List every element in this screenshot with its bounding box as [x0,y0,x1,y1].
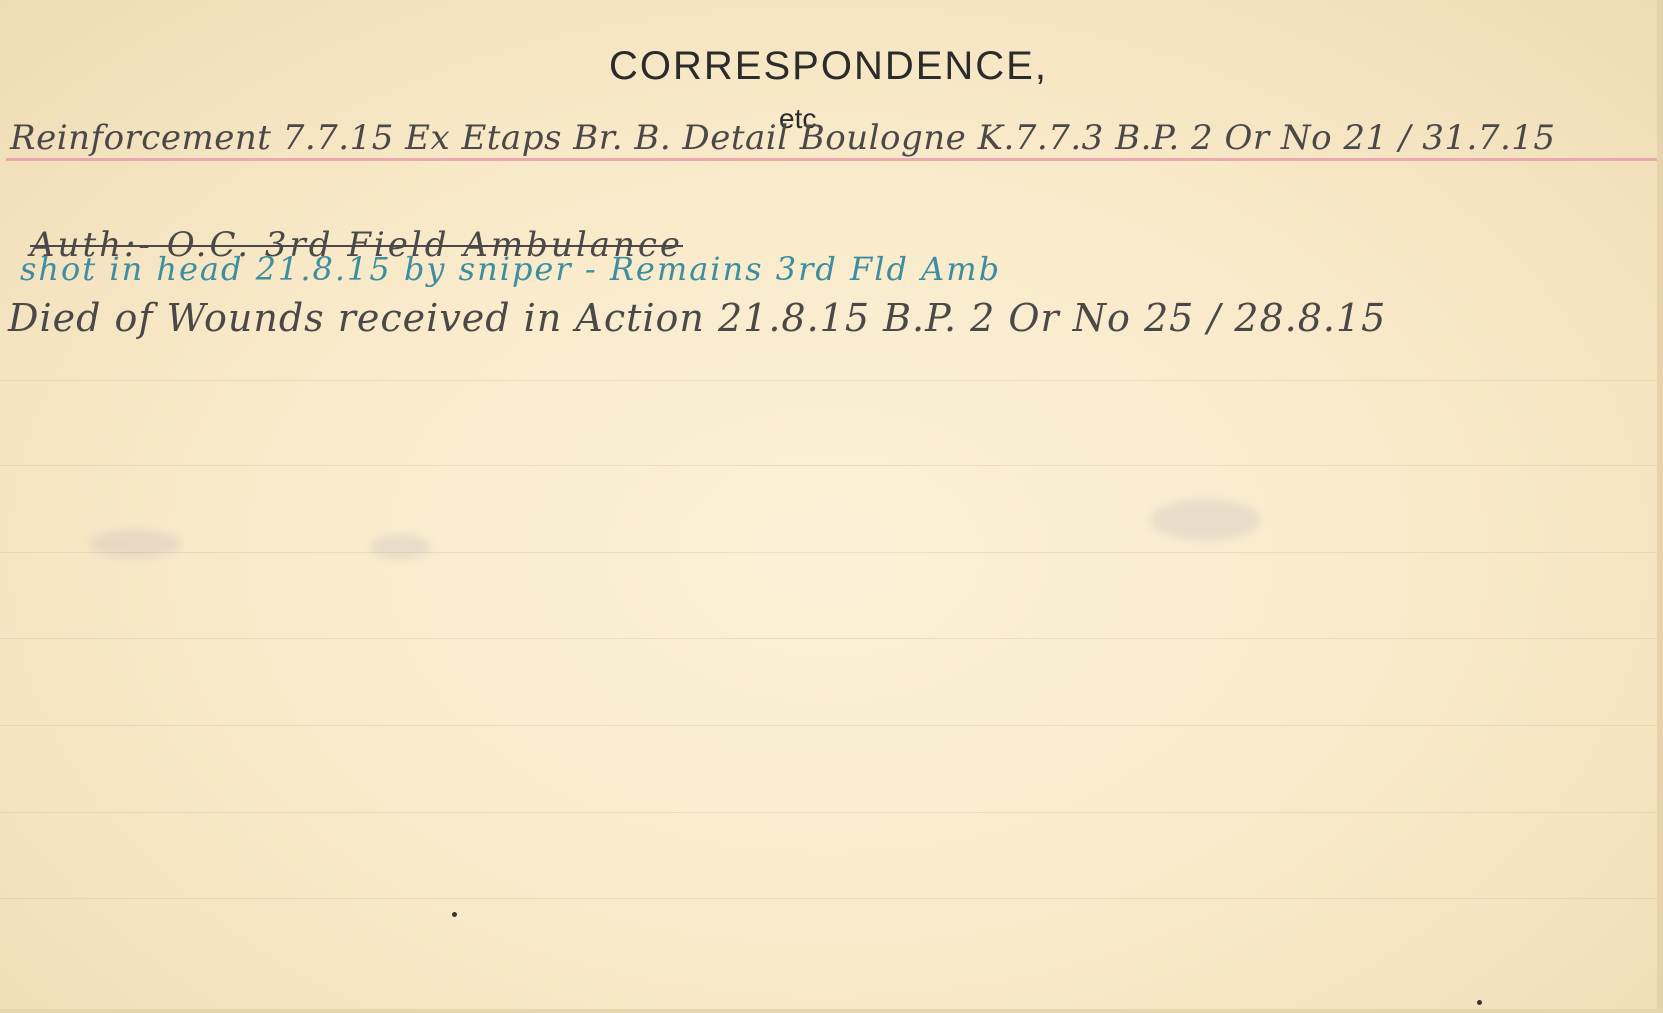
card-heading: CORRESPONDENCE, [0,44,1657,89]
entry-reinforcement: Reinforcement 7.7.15 Ex Etaps Br. B. Det… [10,118,1556,158]
red-header-rule [6,158,1657,161]
ink-speck [1477,1000,1482,1005]
ruled-line [0,725,1657,726]
ruled-line [0,552,1657,553]
ruled-line [0,465,1657,466]
correspondence-card: CORRESPONDENCE, etc Reinforcement 7.7.15… [0,0,1663,1013]
paper-stain [370,535,430,559]
paper-stain [1150,500,1260,540]
ink-speck [452,912,457,917]
ruled-line [0,638,1657,639]
ruled-line [0,812,1657,813]
entry-died-of-wounds: Died of Wounds received in Action 21.8.1… [8,296,1386,340]
paper-stain [90,530,180,558]
ruled-line [0,898,1657,899]
entry-shot-in-head: shot in head 21.8.15 by sniper - Remains… [20,250,1001,288]
ruled-line [0,380,1657,381]
